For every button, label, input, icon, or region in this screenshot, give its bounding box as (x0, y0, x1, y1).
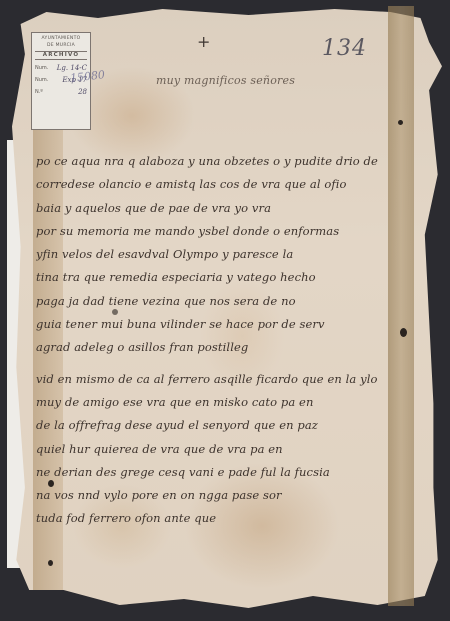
manuscript-line: muy de amigo ese vra que en misko cato p… (36, 391, 406, 414)
manuscript-line: guia tener mui buna vilinder se hace por… (36, 313, 406, 336)
paragraph-gap (36, 360, 406, 368)
stamp-field: N.º 28 (35, 86, 87, 98)
manuscript-body: po ce aqua nra q alaboza y una obzetes o… (36, 150, 406, 531)
manuscript-line: yfin velos del esavdval Olympo y paresce… (36, 243, 406, 266)
manuscript-line: tina tra que remedia especiaria y vatego… (36, 266, 406, 289)
manuscript-line: de la offrefrag dese ayud el senyord que… (36, 414, 406, 437)
manuscript-line: quiel hur quierea de vra que de vra pa e… (36, 438, 406, 461)
manuscript-line: na vos nnd vylo pore en on ngga pase sor (36, 484, 406, 507)
manuscript-line: paga ja dad tiene vezina que nos sera de… (36, 290, 406, 313)
manuscript-line: baia y aquelos que de pae de vra yo vra (36, 197, 406, 220)
ink-blot (398, 120, 403, 125)
ink-blot (48, 560, 53, 566)
manuscript-line: tuda fod ferrero ofon ante que (36, 507, 406, 530)
folio-number: 134 (322, 36, 367, 61)
manuscript-line: po ce aqua nra q alaboza y una obzetes o… (36, 150, 406, 173)
stamp-institution-line1: AYUNTAMIENTO (35, 35, 87, 42)
manuscript-line: agrad adeleg o asillos fran postilleg (36, 336, 406, 359)
manuscript-line: ne derian des grege cesq vani e pade ful… (36, 461, 406, 484)
manuscript-line: por su memoria me mando ysbel donde o en… (36, 220, 406, 243)
letter-salutation: muy magnificos señores (156, 74, 295, 87)
cross-mark: + (197, 32, 210, 51)
manuscript-line: corredese olancio e amistq las cos de vr… (36, 173, 406, 196)
manuscript-line: vid en mismo de ca al ferrero asqille fi… (36, 368, 406, 391)
stamp-institution-line2: DE MURCIA (35, 42, 87, 49)
stamp-label: ARCHIVO (35, 51, 87, 60)
